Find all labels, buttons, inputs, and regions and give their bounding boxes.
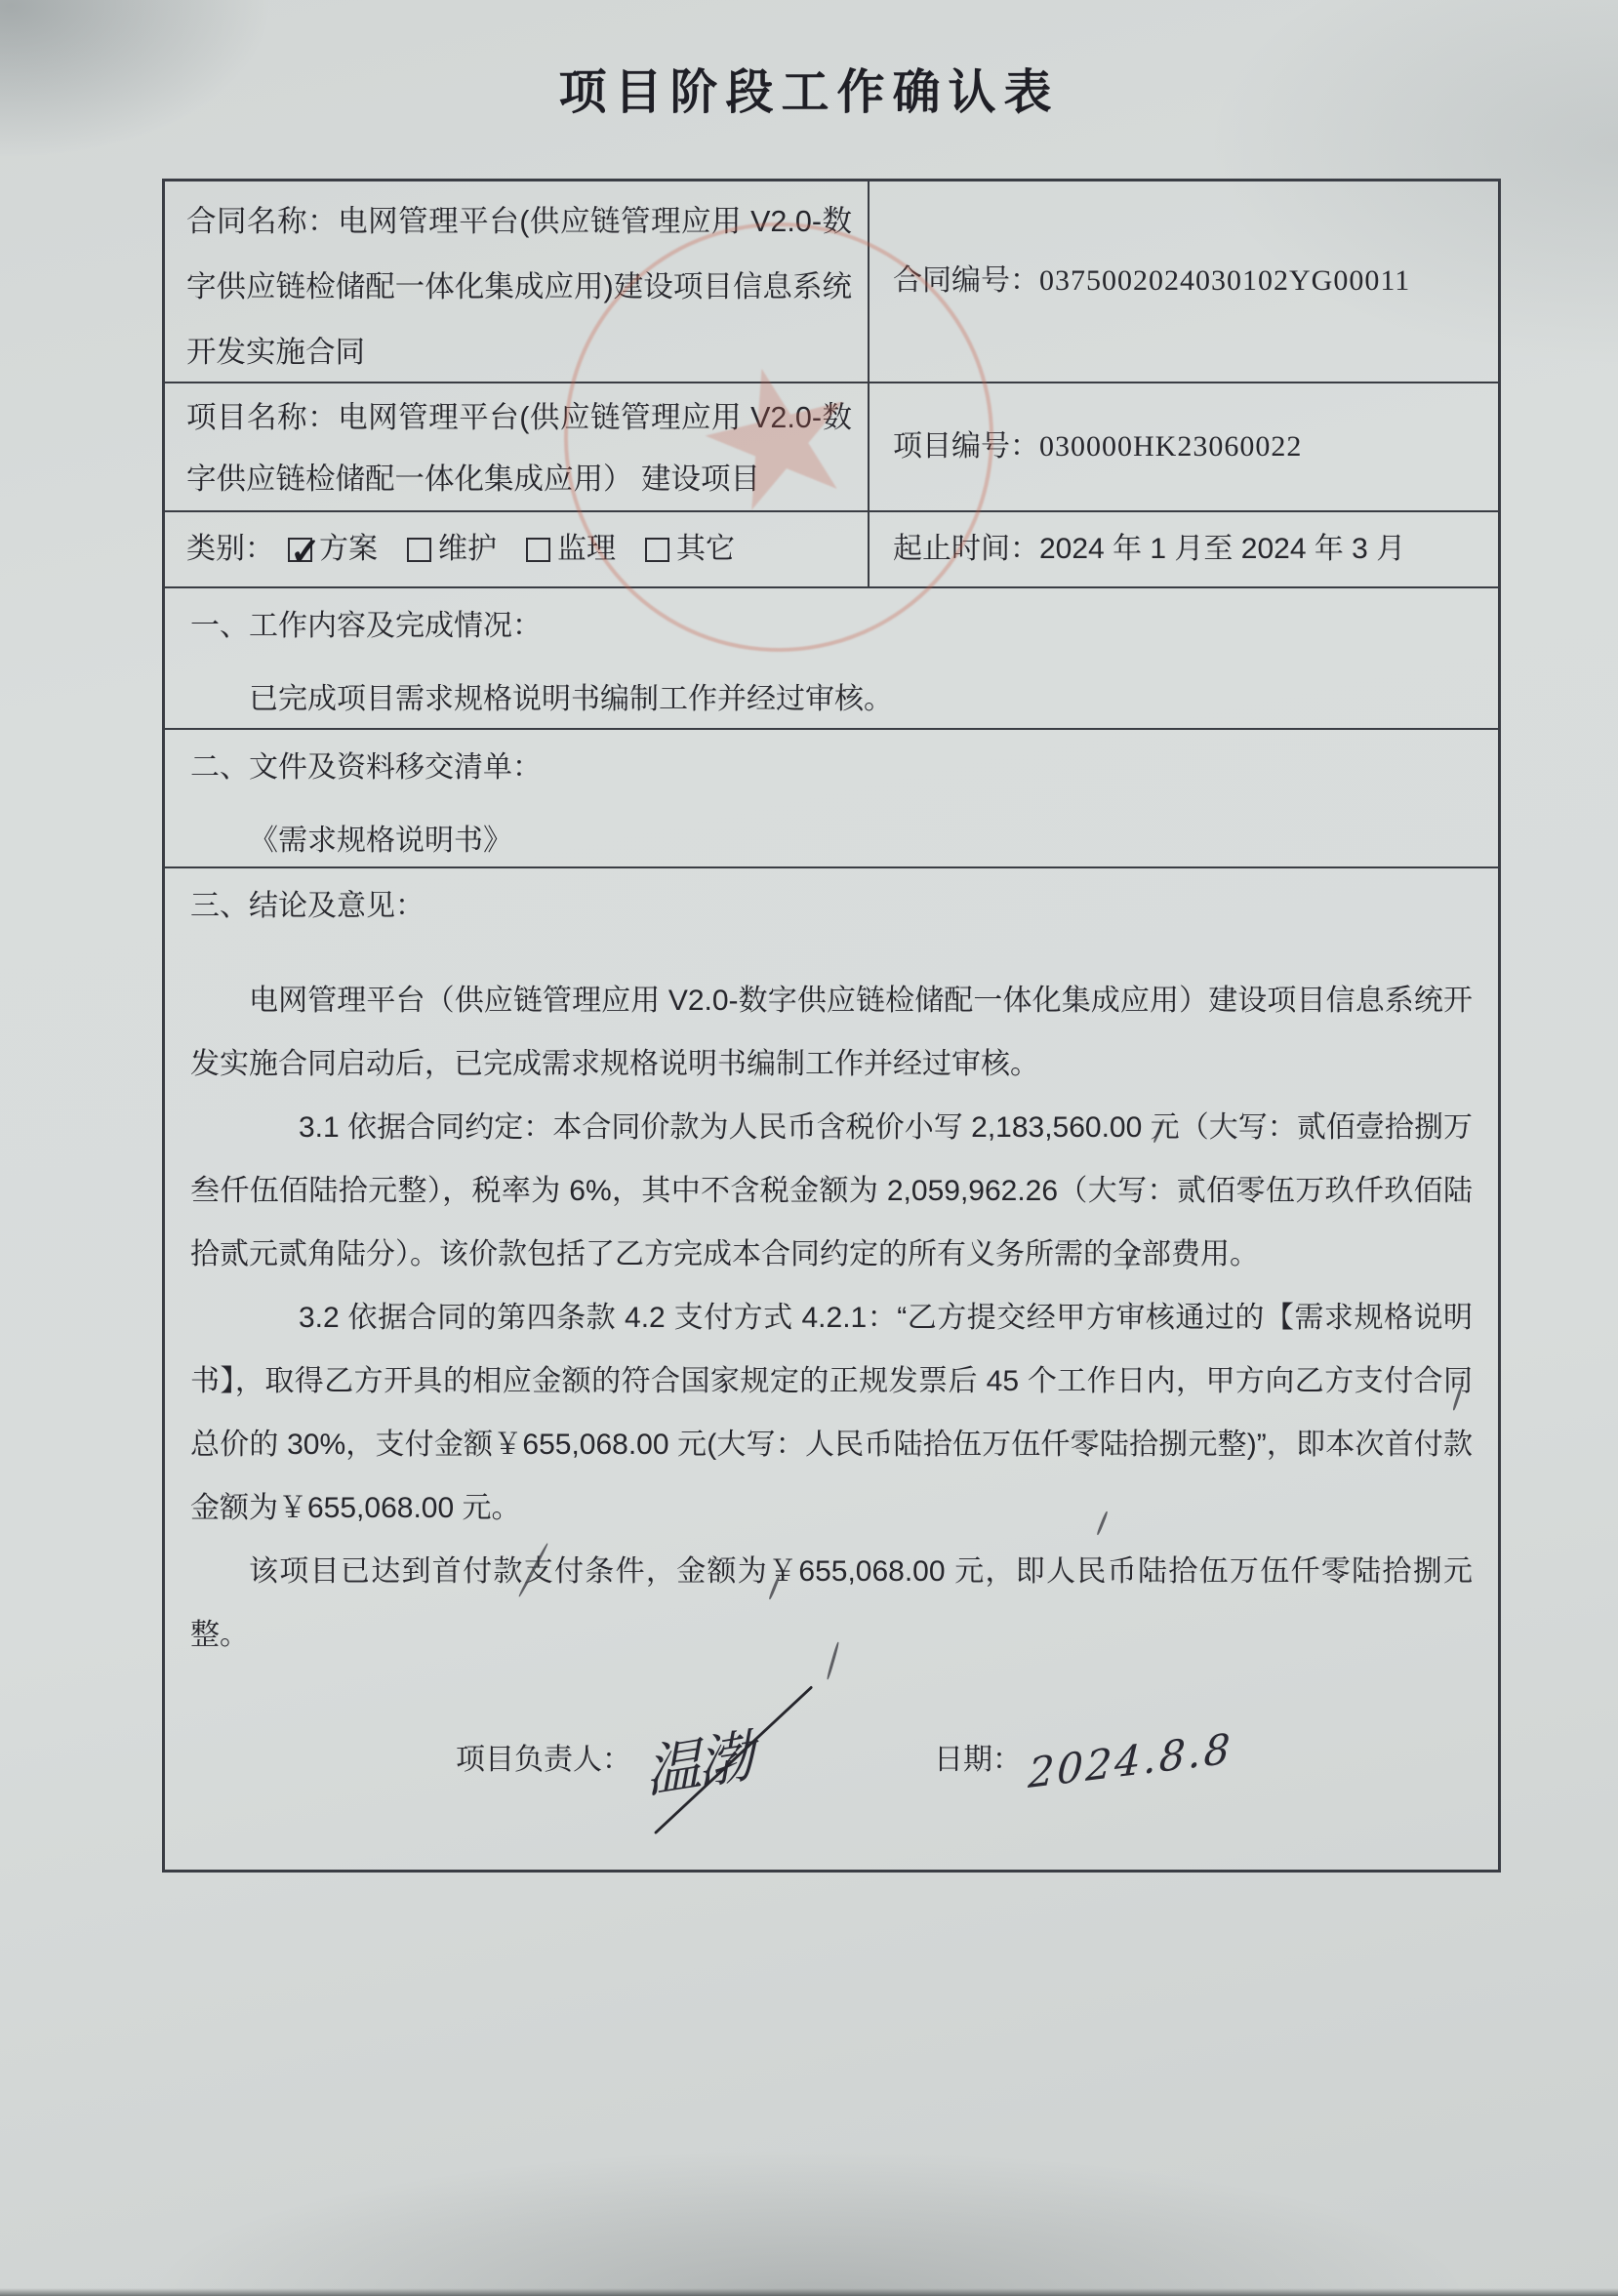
checkbox-label: 监理: [557, 527, 616, 573]
category-cell: 类别： ✓ 方案 维护 监理 其它: [165, 512, 870, 586]
project-row: 项目名称：电网管理平台(供应链管理应用 V2.0-数字供应链检储配一体化集成应用…: [165, 383, 1498, 512]
section-three-heading: 三、结论及意见：: [190, 884, 1473, 930]
project-number-label: 项目编号：: [893, 424, 1039, 470]
conclusion-paragraph: 电网管理平台（供应链管理应用 V2.0-数字供应链检储配一体化集成应用）建设项目…: [190, 969, 1473, 1096]
section-one-heading: 一、工作内容及完成情况：: [190, 604, 1473, 650]
conclusion-paragraph: 该项目已达到首付款支付条件，金额为￥655,068.00 元，即人民币陆拾伍万伍…: [190, 1540, 1473, 1667]
signature-handwriting: 温渤: [643, 1712, 751, 1817]
conclusion-paragraph: 3.2 依据合同的第四条款 4.2 支付方式 4.2.1：“乙方提交经甲方审核通…: [190, 1286, 1473, 1540]
checkbox-unchecked-icon: [526, 538, 550, 562]
section-work-content: 一、工作内容及完成情况： 已完成项目需求规格说明书编制工作并经过审核。: [165, 588, 1498, 730]
info-table: 合同名称：电网管理平台(供应链管理应用 V2.0-数字供应链检储配一体化集成应用…: [162, 179, 1501, 1873]
contract-row: 合同名称：电网管理平台(供应链管理应用 V2.0-数字供应链检储配一体化集成应用…: [165, 181, 1498, 383]
checkbox-option-fangan: ✓ 方案: [288, 527, 378, 573]
project-number-value: 030000HK23060022: [1039, 424, 1302, 470]
signature-row: 项目负责人： 温渤 日期： 2024.8.8: [190, 1717, 1473, 1805]
checkbox-label: 方案: [319, 527, 378, 573]
checkbox-option-qita: 其它: [645, 527, 735, 573]
responsible-person-label: 项目负责人：: [456, 1738, 631, 1784]
section-two-body: 《需求规格说明书》: [190, 819, 1473, 865]
category-label: 类别：: [186, 527, 274, 573]
section-two-heading: 二、文件及资料移交清单：: [190, 745, 1473, 791]
scanned-document-page: 项目阶段工作确认表 合同名称：电网管理平台(供应链管理应用 V2.0-数字供应链…: [0, 0, 1618, 2296]
contract-number-cell: 合同编号： 0375002024030102YG00011: [870, 181, 1498, 382]
checkbox-unchecked-icon: [407, 538, 431, 562]
period-label: 起止时间：: [893, 527, 1039, 573]
section-one-body: 已完成项目需求规格说明书编制工作并经过审核。: [190, 677, 1473, 723]
checkbox-option-weihu: 维护: [407, 527, 497, 573]
checkbox-label: 维护: [438, 527, 497, 573]
contract-number-value: 0375002024030102YG00011: [1039, 259, 1410, 304]
checkbox-label: 其它: [676, 527, 735, 573]
conclusion-paragraph: 3.1 依据合同约定：本合同价款为人民币含税价小写 2,183,560.00 元…: [190, 1096, 1473, 1286]
section-handover-list: 二、文件及资料移交清单： 《需求规格说明书》: [165, 730, 1498, 868]
section-conclusion: 三、结论及意见： 电网管理平台（供应链管理应用 V2.0-数字供应链检储配一体化…: [165, 868, 1498, 1870]
project-name-cell: 项目名称：电网管理平台(供应链管理应用 V2.0-数字供应链检储配一体化集成应用…: [165, 383, 870, 510]
date-label: 日期：: [934, 1738, 1022, 1784]
period-cell: 起止时间： 2024 年 1 月至 2024 年 3 月: [870, 512, 1498, 586]
checkbox-unchecked-icon: [645, 538, 669, 562]
date-handwriting: 2024.8.8: [1027, 1716, 1234, 1806]
checkbox-option-jianli: 监理: [526, 527, 616, 573]
project-number-cell: 项目编号： 030000HK23060022: [870, 383, 1498, 510]
period-value: 2024 年 1 月至 2024 年 3 月: [1039, 527, 1405, 573]
page-title: 项目阶段工作确认表: [0, 55, 1618, 123]
check-mark-icon: ✓: [290, 524, 321, 582]
checkbox-checked-icon: ✓: [288, 538, 312, 562]
contract-number-label: 合同编号：: [893, 259, 1039, 304]
category-row: 类别： ✓ 方案 维护 监理 其它 起止时间：: [165, 512, 1498, 588]
contract-name-cell: 合同名称：电网管理平台(供应链管理应用 V2.0-数字供应链检储配一体化集成应用…: [165, 181, 870, 382]
